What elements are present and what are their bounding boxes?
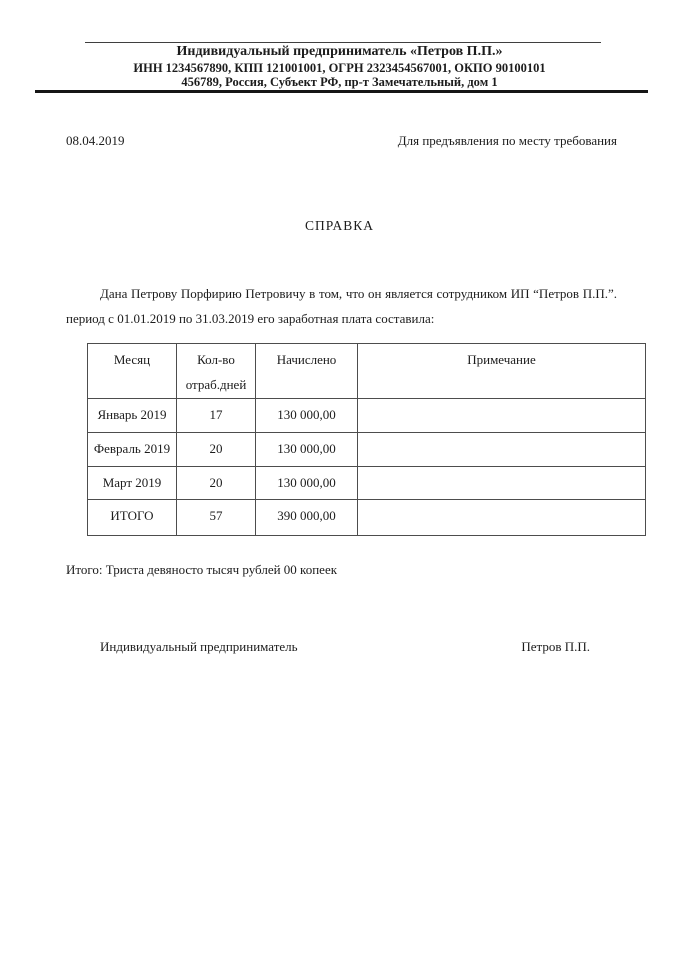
top-underscore-rule [85,42,601,43]
cell-total-note [358,500,646,536]
table-header-note: Примечание [358,344,646,399]
table-row-total: ИТОГО 57 390 000,00 [88,500,646,536]
total-in-words: Итого: Триста девяносто тысяч рублей 00 … [66,561,617,578]
table-header-month: Месяц [88,344,177,399]
cell-accrued: 130 000,00 [256,467,358,500]
cell-month: Март 2019 [88,467,177,500]
date-row: 08.04.2019 Для предъявления по месту тре… [66,133,617,149]
table-header-days-worked: Кол-во отраб.дней [177,344,256,399]
company-requisites: ИНН 1234567890, КПП 121001001, ОГРН 2323… [0,61,679,75]
cell-month: Февраль 2019 [88,433,177,467]
cell-total-label: ИТОГО [88,500,177,536]
salary-table: Месяц Кол-во отраб.дней Начислено Примеч… [87,343,646,536]
cell-total-days: 57 [177,500,256,536]
table-header-accrued: Начислено [256,344,358,399]
cell-accrued: 130 000,00 [256,433,358,467]
document-page: Индивидуальный предприниматель «Петров П… [0,0,679,960]
body-paragraph: Дана Петрову Порфирию Петровичу в том, ч… [66,281,617,331]
table-header-row: Месяц Кол-во отраб.дней Начислено Примеч… [88,344,646,399]
cell-total-accrued: 390 000,00 [256,500,358,536]
signer-role: Индивидуальный предприниматель [100,638,298,655]
cell-accrued: 130 000,00 [256,399,358,433]
header-divider-rule [35,90,648,93]
cell-days: 20 [177,433,256,467]
cell-note [358,467,646,500]
table-row-march: Март 2019 20 130 000,00 [88,467,646,500]
document-purpose: Для предъявления по месту требования [398,133,617,149]
company-address: 456789, Россия, Субъект РФ, пр-т Замечат… [0,75,679,89]
body-paragraph-line-2: период с 01.01.2019 по 31.03.2019 его за… [66,306,617,331]
signer-name: Петров П.П. [521,638,590,655]
cell-days: 17 [177,399,256,433]
company-name: Индивидуальный предприниматель «Петров П… [0,44,679,60]
signature-row: Индивидуальный предприниматель Петров П.… [100,638,590,655]
table-row-february: Февраль 2019 20 130 000,00 [88,433,646,467]
cell-month: Январь 2019 [88,399,177,433]
body-paragraph-line-1: Дана Петрову Порфирию Петровичу в том, ч… [66,281,617,306]
cell-note [358,399,646,433]
document-date: 08.04.2019 [66,133,125,149]
document-title: СПРАВКА [0,218,679,234]
cell-note [358,433,646,467]
cell-days: 20 [177,467,256,500]
table-row-january: Январь 2019 17 130 000,00 [88,399,646,433]
